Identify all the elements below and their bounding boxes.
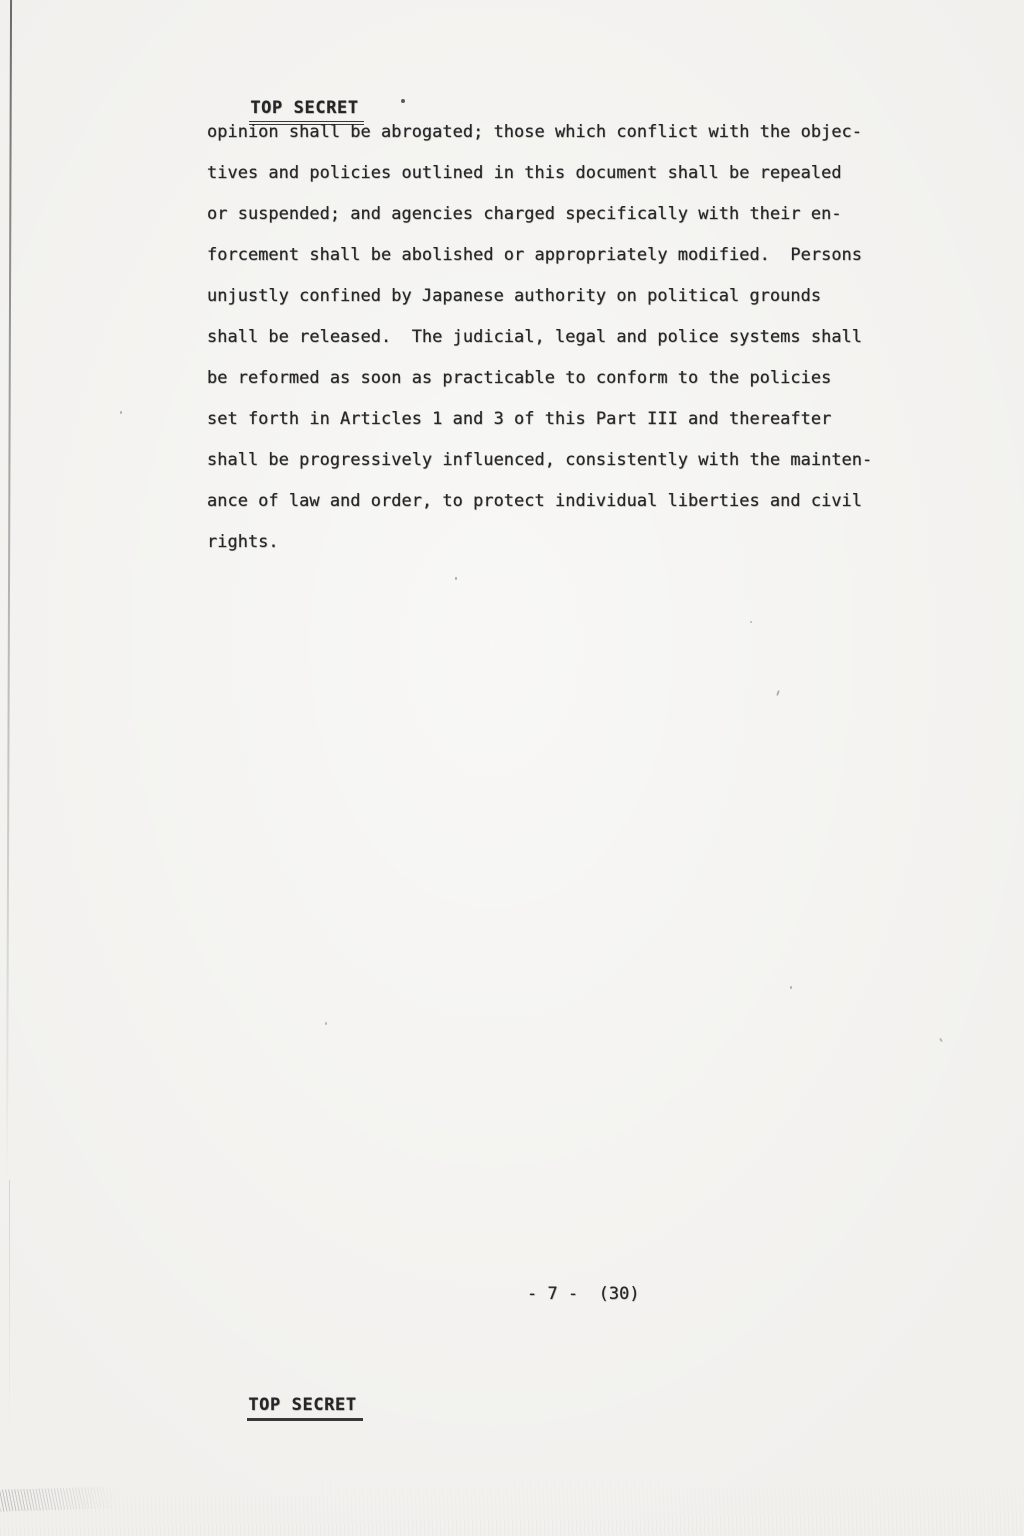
body-line: tives and policies outlined in this docu… — [207, 153, 907, 194]
left-fold-line-artifact — [6, 0, 12, 1180]
ink-speck — [120, 411, 122, 414]
body-line: shall be released. The judicial, legal a… — [207, 317, 907, 358]
body-line: or suspended; and agencies charged speci… — [207, 194, 907, 235]
ink-speck — [325, 1022, 327, 1025]
body-paragraph: opinion shall be abrogated; those which … — [207, 112, 907, 563]
body-line: rights. — [207, 522, 907, 563]
body-line: unjustly confined by Japanese authority … — [207, 276, 907, 317]
ink-speck — [750, 621, 752, 623]
body-line: ance of law and order, to protect indivi… — [207, 481, 907, 522]
scanner-noise-band — [0, 1466, 1024, 1536]
ink-speck — [401, 99, 405, 103]
body-line: shall be progressively influenced, consi… — [207, 440, 907, 481]
scanned-document-page: TOP SECRET opinion shall be abrogated; t… — [0, 0, 1024, 1536]
left-fold-line-artifact-lower — [9, 1180, 10, 1440]
page-number: - 7 - (30) — [527, 1280, 640, 1308]
classification-footer-text: TOP SECRET — [247, 1395, 362, 1421]
classification-footer: TOP SECRET — [205, 1375, 363, 1441]
body-line: forcement shall be abolished or appropri… — [207, 235, 907, 276]
ink-speck — [455, 577, 457, 580]
body-line: opinion shall be abrogated; those which … — [207, 112, 907, 153]
ink-speck — [939, 1038, 943, 1042]
body-line: set forth in Articles 1 and 3 of this Pa… — [207, 399, 907, 440]
body-line: be reformed as soon as practicable to co… — [207, 358, 907, 399]
ink-speck — [776, 690, 780, 696]
ink-speck — [790, 986, 792, 989]
scanner-edge-smudge — [0, 1486, 120, 1511]
